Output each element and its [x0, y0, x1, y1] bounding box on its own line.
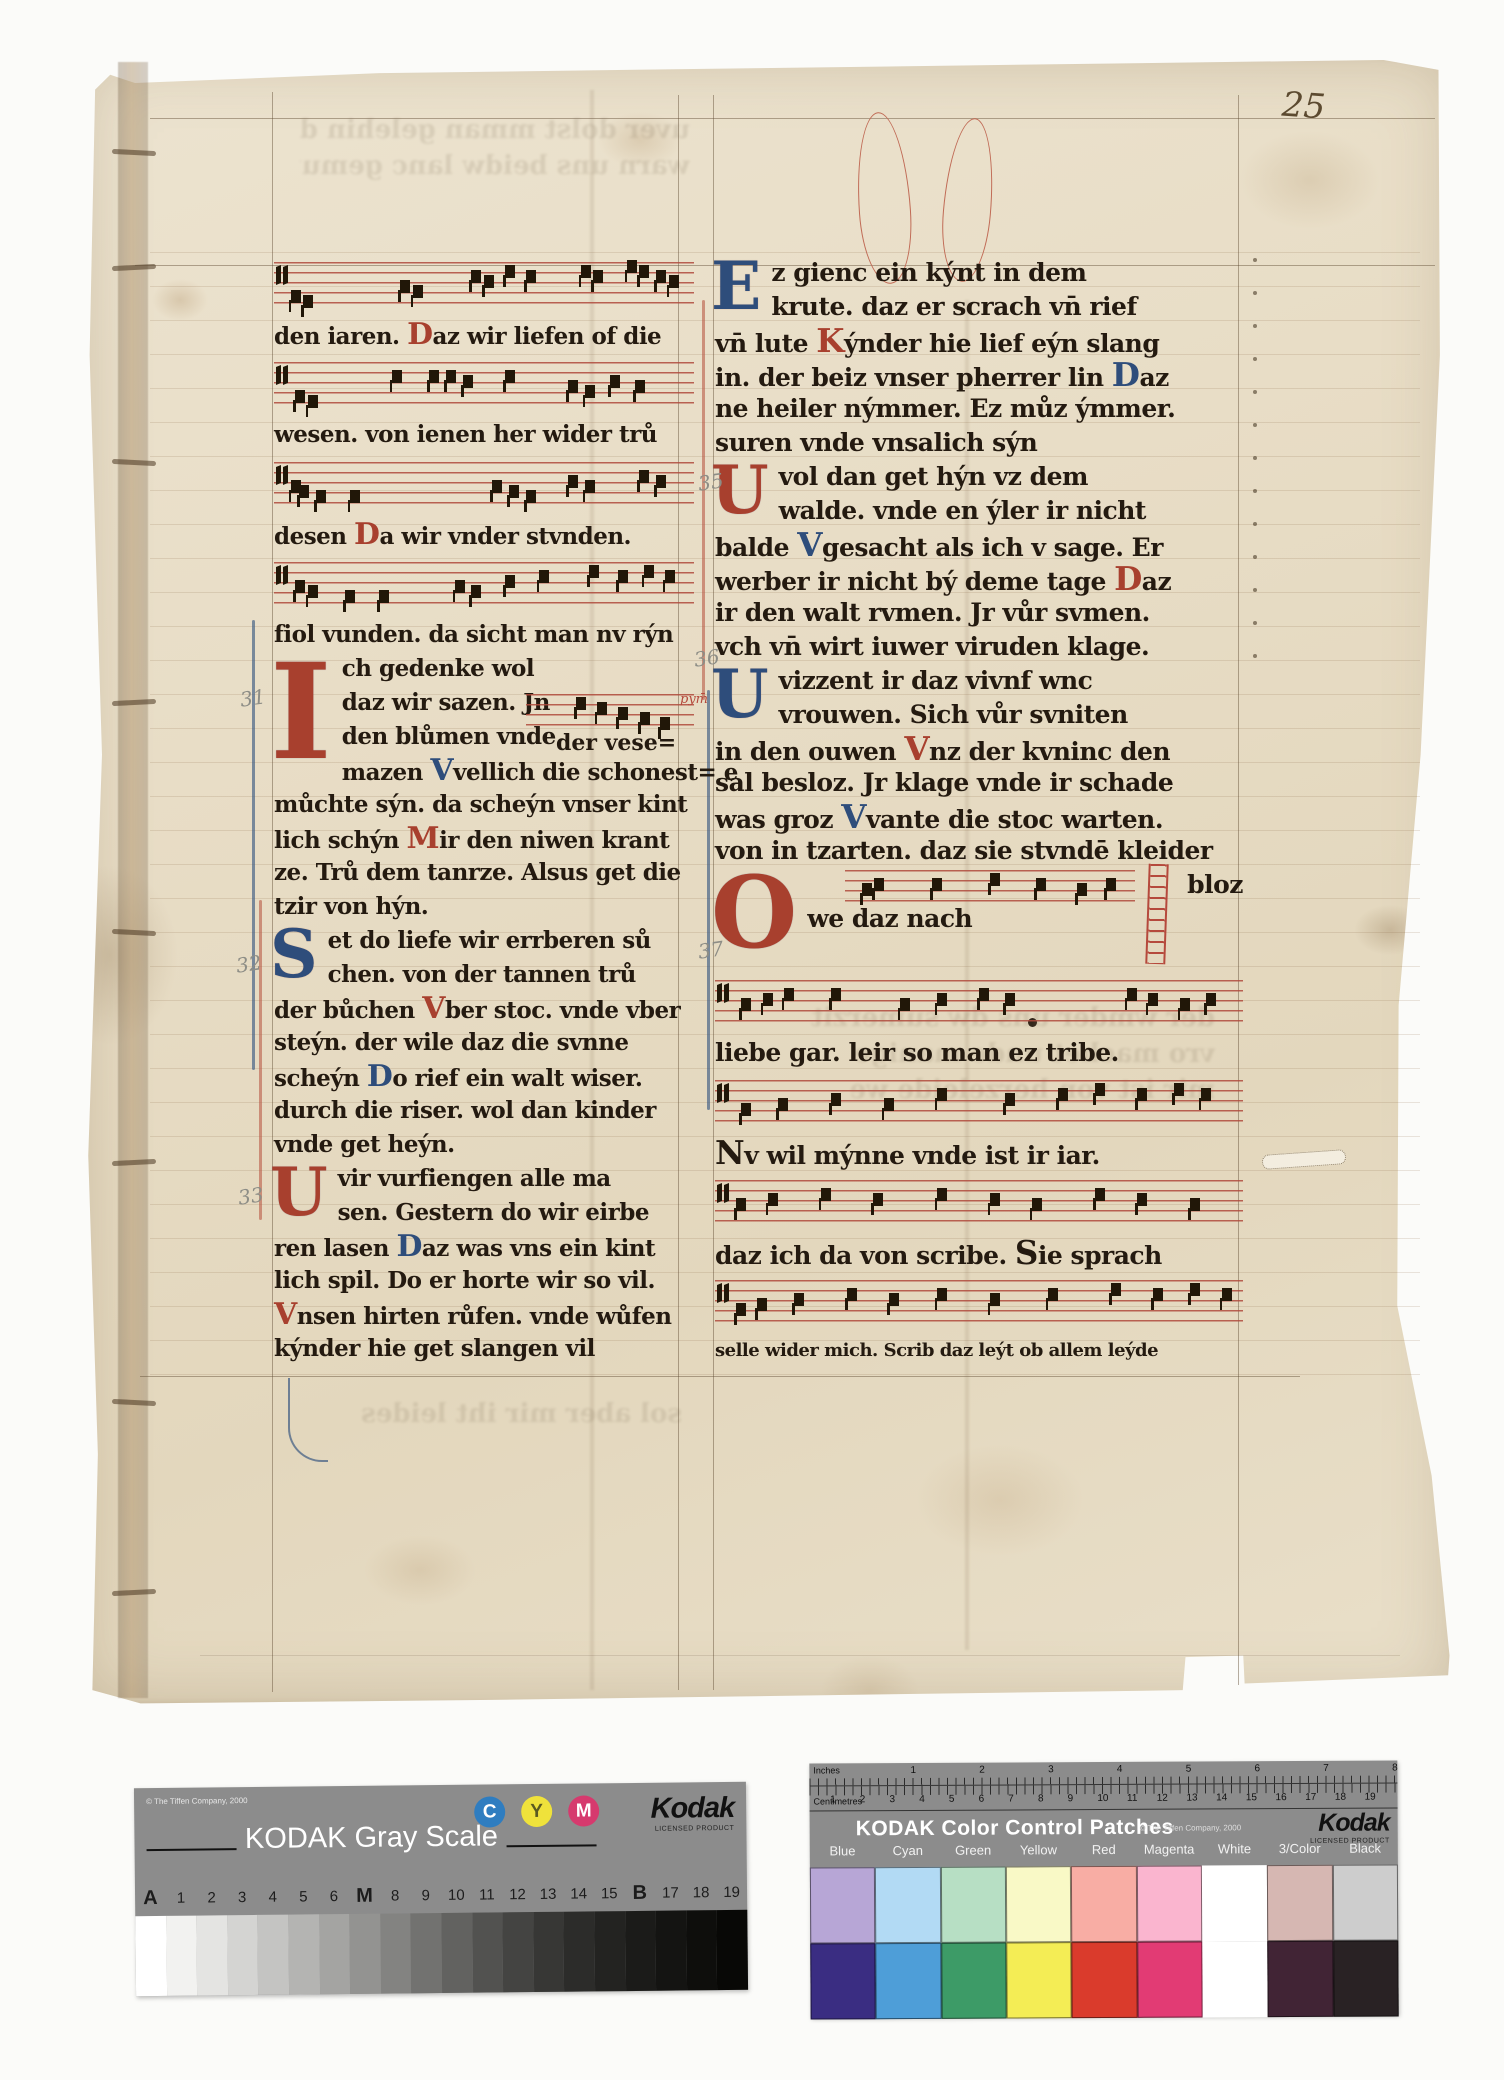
neume-note [784, 988, 794, 1001]
text-run: wesen. von ienen her wider trů [274, 421, 657, 448]
initial-red: V [904, 729, 929, 768]
note-tail [583, 395, 586, 407]
initial-blue: D [1112, 355, 1140, 394]
note-tail [930, 888, 933, 900]
stave-lines [715, 1180, 1243, 1222]
clef-mark [724, 1283, 729, 1303]
step-label-10: 10 [441, 1886, 472, 1903]
note-tail [1003, 1103, 1006, 1115]
text-line: Vnsen hirten růfen. vnde wůfen [274, 1298, 694, 1332]
neume-note [618, 707, 628, 720]
cm-mark-19: 19 [1365, 1792, 1376, 1803]
text-run: durch die riser. wol dan kinder [274, 1097, 656, 1124]
step-label-15: 15 [594, 1885, 625, 1902]
patch-column-Red [1071, 1866, 1137, 2018]
text-run: z gienc ein kýnt in dem [771, 258, 1086, 287]
note-tail [587, 575, 590, 587]
bottom-text-ruling [140, 1376, 1300, 1377]
note-tail [507, 495, 510, 507]
neume-note [568, 380, 578, 393]
neume-note [576, 697, 586, 710]
note-tail [1093, 1093, 1096, 1105]
text-run: sen. Gestern do wir eirbe [338, 1199, 649, 1226]
patch-Blue-saturated [810, 1943, 876, 2019]
neume-note [1190, 1198, 1200, 1211]
patch-column-Magenta [1137, 1865, 1203, 2017]
neume-note [585, 480, 595, 493]
text-line: durch die riser. wol dan kinder [274, 1094, 694, 1128]
clef-mark [276, 465, 281, 485]
note-tail [776, 1108, 779, 1120]
text-line: liebe gar. leir so man ez tribe. [715, 1036, 1243, 1070]
pencil-number: 32 [234, 950, 263, 977]
clef-mark [283, 565, 288, 585]
neume-note [505, 265, 515, 278]
note-tail [633, 390, 636, 402]
dropcap-initial-U: U [270, 1162, 328, 1223]
text-line: ir den walt rvmen. Jr vůr svmen. [715, 596, 1243, 630]
text-run: gesacht als ich v sage. Er [822, 533, 1163, 562]
dropcap-block: Ich gedenke woldaz wir sazen. Jnden blům… [274, 652, 694, 788]
note-tail [482, 285, 485, 297]
note-tail [663, 580, 666, 592]
gray-step-17 [655, 1910, 686, 1990]
text-line: walde. vnde en ýler ir nicht [715, 494, 1243, 528]
neume-note [873, 1193, 883, 1206]
inch-mark-6: 6 [1254, 1763, 1260, 1774]
step-label-12: 12 [502, 1886, 533, 1903]
text-run: liebe gar. leir so man ez tribe. [715, 1038, 1119, 1067]
step-label-5: 5 [288, 1888, 319, 1905]
text-run: vol dan get hýn vz dem [779, 462, 1088, 491]
text-run: az wir liefen of die [433, 323, 662, 350]
step-label-18: 18 [686, 1884, 717, 1901]
text-line: tzir von hýn. [274, 890, 694, 924]
step-label-14: 14 [563, 1885, 594, 1902]
prick-hole [1253, 654, 1257, 658]
neume-note [635, 380, 645, 393]
note-tail [293, 590, 296, 602]
text-run: můchte sýn. da scheýn vnser kint [274, 791, 687, 818]
neume-note [568, 475, 578, 488]
neume-note [639, 470, 649, 483]
note-tail [845, 1298, 848, 1310]
centimetres-label: Centimetres [814, 1796, 863, 1806]
red-ladder-ornament [1145, 864, 1168, 965]
cm-mark-15: 15 [1246, 1792, 1257, 1803]
note-tail [1188, 1208, 1191, 1220]
note-tail [461, 385, 464, 397]
inch-mark-4: 4 [1117, 1764, 1123, 1775]
patch-label-Cyan: Cyan [875, 1843, 940, 1867]
text-run: o rief ein walt wiser. [392, 1065, 642, 1092]
music-stave [715, 1174, 1243, 1232]
text-line: ze. Trů dem tanrze. Alsus get die [274, 856, 694, 890]
note-tail [872, 888, 875, 900]
licensed-product-label-color: LICENSED PRODUCT [1310, 1838, 1390, 1845]
neume-note [979, 988, 989, 1001]
text-line: fiol vunden. da sicht man nv rýn [274, 618, 694, 652]
neume-note [1036, 878, 1046, 891]
color-circle-M: M [568, 1795, 599, 1826]
pencil-number: 35 [696, 468, 725, 495]
note-tail [348, 500, 351, 512]
neume-note [303, 295, 313, 308]
text-line: kýnder hie get slangen vil [274, 1332, 694, 1366]
mini-music-stave [526, 694, 694, 728]
neume-note [446, 370, 456, 383]
neume-note [316, 490, 326, 503]
note-tail [1151, 1298, 1154, 1310]
note-tail [1104, 888, 1107, 900]
text-line: steýn. der wile daz die svnne [274, 1026, 694, 1060]
neume-note [665, 570, 675, 583]
neume-note [736, 1198, 746, 1211]
title-rule-right [506, 1844, 597, 1847]
note-tail [411, 295, 414, 307]
text-run: v wil mýnne vnde ist ir iar. [744, 1141, 1100, 1170]
note-tail [654, 485, 657, 497]
note-tail [935, 1198, 938, 1210]
patch-Magenta-light [1137, 1865, 1203, 1941]
gray-scale-wedge [135, 1910, 748, 1996]
dropcap-initial-O: O [711, 868, 797, 959]
licensed-product-label: LICENSED PRODUCT [651, 1825, 735, 1833]
initial-blue: V [797, 525, 822, 564]
patch-Black-light [1333, 1864, 1399, 1940]
kodak-logo: Kodak [650, 1792, 734, 1826]
patch-column-Yellow [1006, 1866, 1072, 2018]
neume-note [295, 580, 305, 593]
cm-mark-3: 3 [889, 1794, 895, 1805]
neume-note [484, 275, 494, 288]
initial-red: D [354, 517, 379, 552]
text-run: den blůmen vnde [342, 723, 556, 750]
music-stave [715, 1274, 1243, 1332]
neume-note [639, 265, 649, 278]
neume-note [831, 1093, 841, 1106]
patch-label-Magenta: Magenta [1136, 1841, 1201, 1865]
note-tail [503, 380, 506, 392]
text-line: der bůchen Vber stoc. vnde vber [274, 992, 694, 1026]
note-tail [637, 275, 640, 287]
note-tail [755, 1308, 758, 1320]
prick-hole [1253, 423, 1257, 427]
note-tail [314, 500, 317, 512]
red-marginal-gloss: pym̄ [680, 692, 708, 707]
neume-note [1005, 993, 1015, 1006]
patch-Cyan-light [875, 1867, 941, 1943]
text-run: et do liefe wir errberen sů [328, 927, 651, 954]
gray-step-6 [319, 1914, 350, 1994]
cm-mark-10: 10 [1097, 1793, 1108, 1804]
note-tail [935, 1298, 938, 1310]
color-patches-title: KODAK Color Control Patches [856, 1816, 1174, 1842]
neume-note [526, 490, 536, 503]
clef-mark [724, 983, 729, 1003]
music-stave [274, 256, 694, 314]
pencil-number: 37 [696, 936, 725, 963]
note-tail [1204, 1003, 1207, 1015]
bottom-margin-ruling [200, 1655, 1400, 1656]
gray-step-4 [258, 1915, 289, 1995]
text-line: selle wider mich. Scrib daz leýt ob alle… [715, 1336, 1243, 1366]
note-tail [306, 405, 309, 417]
neume-note [597, 702, 607, 715]
note-tail [537, 580, 540, 592]
bleedthrough-line: uver dolst mman gelehin dw [300, 112, 690, 148]
note-tail [1199, 1098, 1202, 1110]
note-tail [579, 275, 582, 287]
step-label-3: 3 [227, 1888, 258, 1905]
inch-mark-1: 1 [910, 1765, 916, 1776]
text-run: selle wider mich. Scrib daz leýt ob alle… [715, 1340, 1158, 1361]
text-run: kýnder hie get slangen vil [274, 1335, 595, 1362]
neume-note [1032, 1198, 1042, 1211]
initial-red: V [422, 991, 445, 1026]
neume-note [627, 260, 637, 273]
step-label-13: 13 [533, 1885, 564, 1902]
text-line: balde Vgesacht als ich v sage. Er [715, 528, 1243, 562]
neume-note [413, 285, 423, 298]
cm-mark-8: 8 [1038, 1793, 1044, 1804]
dropcap-block: Set do liefe wir errberen sůchen. von de… [274, 924, 694, 992]
patch-Red-light [1071, 1866, 1137, 1942]
note-tail [1003, 1003, 1006, 1015]
patch-White-saturated [1202, 1941, 1268, 2017]
note-tail [1056, 1098, 1059, 1110]
cm-mark-4: 4 [919, 1794, 925, 1805]
clef-mark [717, 1083, 722, 1103]
text-run: ir den walt rvmen. Jr vůr svmen. [715, 598, 1150, 627]
neume-note [1095, 1083, 1105, 1096]
margin-flourish-blue-right [707, 690, 710, 1110]
gray-scale-header: © The Tiffen Company, 2000 KODAK Gray Sc… [134, 1782, 747, 1880]
gray-step-15 [594, 1911, 625, 1991]
text-line: et do liefe wir errberen sů [274, 924, 694, 958]
gray-step-7 [349, 1914, 380, 1994]
neume-note [1058, 1088, 1068, 1101]
neume-note [1137, 1193, 1147, 1206]
music-stave [274, 456, 694, 514]
cm-mark-2: 2 [860, 1794, 866, 1805]
neume-note [505, 370, 515, 383]
note-tail [1030, 1208, 1033, 1220]
text-line: vnde get heýn. [274, 1128, 694, 1162]
dropcap-initial-I: I [270, 652, 332, 773]
neume-note [1180, 998, 1190, 1011]
neume-note [990, 1193, 1000, 1206]
kodak-color-control-strip: Inches 12345678 Centimetres 123456789101… [809, 1760, 1398, 2017]
stave-lines [274, 462, 694, 504]
patch-Green-saturated [941, 1943, 1007, 2019]
patch-label-Yellow: Yellow [1006, 1842, 1071, 1866]
note-tail [444, 380, 447, 392]
note-tail [935, 1098, 938, 1110]
step-label-19: 19 [716, 1883, 747, 1900]
prick-hole [1253, 555, 1257, 559]
clef-mark [717, 1283, 722, 1303]
text-line: lich spil. Do er horte wir so vil. [274, 1264, 694, 1298]
gray-step-0 [135, 1916, 166, 1996]
patch-Red-saturated [1072, 1942, 1138, 2018]
neume-note [539, 570, 549, 583]
initial-red: V [274, 1297, 297, 1332]
dropcap-initial-S: S [270, 924, 318, 985]
text-run: lich schýn [274, 827, 406, 854]
text-run: vn̄ lute [715, 329, 816, 358]
neume-note [1137, 1088, 1147, 1101]
inches-label: Inches [813, 1765, 840, 1775]
text-run: ýnder hie lief eýn slang [844, 329, 1159, 358]
text-run: vellich die schonest= e [453, 759, 738, 786]
neume-note [937, 1188, 947, 1201]
neume-note [669, 275, 679, 288]
right-text-column: Ez gienc ein kýnt in demkrute. daz er sc… [715, 256, 1243, 1366]
music-stave [715, 1074, 1243, 1132]
note-tail [1135, 1203, 1138, 1215]
neume-note [1048, 1288, 1058, 1301]
text-run: desen [274, 523, 354, 550]
note-tail [860, 893, 863, 905]
note-tail [734, 1313, 737, 1325]
patch-Blue-light [810, 1867, 876, 1943]
gray-step-2 [196, 1915, 227, 1995]
cm-mark-17: 17 [1305, 1792, 1316, 1803]
patch-label-White: White [1202, 1841, 1267, 1865]
note-tail [988, 1203, 991, 1215]
text-run: ir den niwen krant [439, 827, 669, 854]
note-tail [819, 1198, 822, 1210]
text-line: mazen Vvellich die schonest= e [274, 754, 694, 788]
step-label-9: 9 [410, 1887, 441, 1904]
clef-mark [283, 465, 288, 485]
note-tail [297, 495, 300, 507]
cm-mark-18: 18 [1335, 1792, 1346, 1803]
dropcap-initial-E: E [711, 256, 761, 317]
note-tail [503, 585, 506, 597]
dropcap-initial-U: U [711, 664, 769, 725]
note-tail [616, 717, 619, 729]
note-tail [343, 600, 346, 612]
note-tail [427, 380, 430, 392]
inch-mark-3: 3 [1048, 1764, 1054, 1775]
note-tail [1046, 1298, 1049, 1310]
gray-step-19 [717, 1910, 748, 1990]
dropcap-block: Oblozwe daz nach [715, 868, 1243, 970]
gray-step-13 [533, 1912, 564, 1992]
text-run: den iaren. [274, 323, 407, 350]
text-line: ne heiler nýmmer. Ez můz ýmmer. [715, 392, 1243, 426]
gray-step-18 [686, 1910, 717, 1990]
note-tail [642, 575, 645, 587]
text-line: den iaren. Daz wir liefen of die [274, 318, 694, 352]
neume-note [644, 565, 654, 578]
note-tail [1146, 1003, 1149, 1015]
note-tail [1093, 1198, 1096, 1210]
neume-note [656, 270, 666, 283]
cm-mark-12: 12 [1157, 1793, 1168, 1804]
prick-hole [1253, 621, 1257, 625]
cm-mark-14: 14 [1216, 1792, 1227, 1803]
text-run: ze. Trů dem tanrze. Alsus get die [274, 859, 681, 886]
pencil-number: 31 [238, 684, 267, 711]
cym-circles: CYM [474, 1795, 599, 1827]
note-tail [766, 1203, 769, 1215]
neume-note [400, 280, 410, 293]
folio-number: 25 [1281, 85, 1327, 128]
text-run: lich spil. Do er horte wir so vil. [274, 1267, 655, 1294]
note-tail [882, 1108, 885, 1120]
patch-column-3/Color [1267, 1865, 1333, 2017]
text-run: ie sprach [1038, 1241, 1162, 1270]
patch-label-Green: Green [940, 1843, 1005, 1867]
cm-mark-1: 1 [830, 1794, 836, 1805]
neume-note [379, 590, 389, 603]
color-circle-C: C [474, 1796, 505, 1827]
clef-mark [283, 365, 288, 385]
text-line: ren lasen Daz was vns ein kint [274, 1230, 694, 1264]
neume-note [1148, 993, 1158, 1006]
text-run: nsen hirten růfen. vnde wůfen [297, 1303, 672, 1330]
neume-note [847, 1288, 857, 1301]
bleedthrough-line: warn uns beidw lanc gemut [300, 148, 690, 184]
neume-note [794, 1293, 804, 1306]
neume-note [1095, 1188, 1105, 1201]
ruler-centimetres: Centimetres 1234567891011121314151617181… [809, 1783, 1397, 1811]
note-tail [289, 300, 292, 312]
cm-mark-16: 16 [1275, 1792, 1286, 1803]
neume-note [345, 590, 355, 603]
patch-column-Cyan [875, 1867, 941, 2019]
step-label-1: 1 [166, 1889, 197, 1906]
margin-flourish-red-left [259, 900, 262, 1220]
pencil-number: 36 [692, 644, 721, 671]
note-tail [1034, 888, 1037, 900]
text-line: lich schýn Mir den niwen krant [274, 822, 694, 856]
neume-note [1106, 878, 1116, 891]
text-run: der bůchen [274, 997, 422, 1024]
neume-note [585, 385, 595, 398]
neume-note [350, 490, 360, 503]
note-tail [1172, 1093, 1175, 1105]
dropcap-block: Uvizzent ir daz vivnf wncvrouwen. Sich v… [715, 664, 1243, 732]
neume-note [299, 485, 309, 498]
prick-hole [1253, 258, 1257, 262]
text-run: krute. daz er scrach vn̄ rief [771, 292, 1136, 321]
initial-black: S [1015, 1233, 1038, 1272]
text-line: scheýn Do rief ein walt wiser. [274, 1060, 694, 1094]
step-label-M: M [349, 1884, 380, 1907]
text-run: nz der kvninc den [929, 737, 1170, 766]
note-tail [1125, 998, 1128, 1010]
patch-Green-light [941, 1867, 1007, 1943]
note-tail [734, 1208, 737, 1220]
neume-note [937, 1288, 947, 1301]
note-tail [591, 280, 594, 292]
note-tail [293, 400, 296, 412]
text-line: ch gedenke wol [274, 652, 694, 686]
note-tail [935, 1003, 938, 1015]
color-patches-grid [810, 1864, 1399, 2019]
neume-note [736, 1303, 746, 1316]
patch-column-Black [1333, 1864, 1399, 2016]
neume-note [862, 883, 872, 896]
title-rule-left [147, 1848, 238, 1851]
neume-note [757, 1298, 767, 1311]
note-tail [667, 285, 670, 297]
text-run: mazen [342, 759, 431, 786]
